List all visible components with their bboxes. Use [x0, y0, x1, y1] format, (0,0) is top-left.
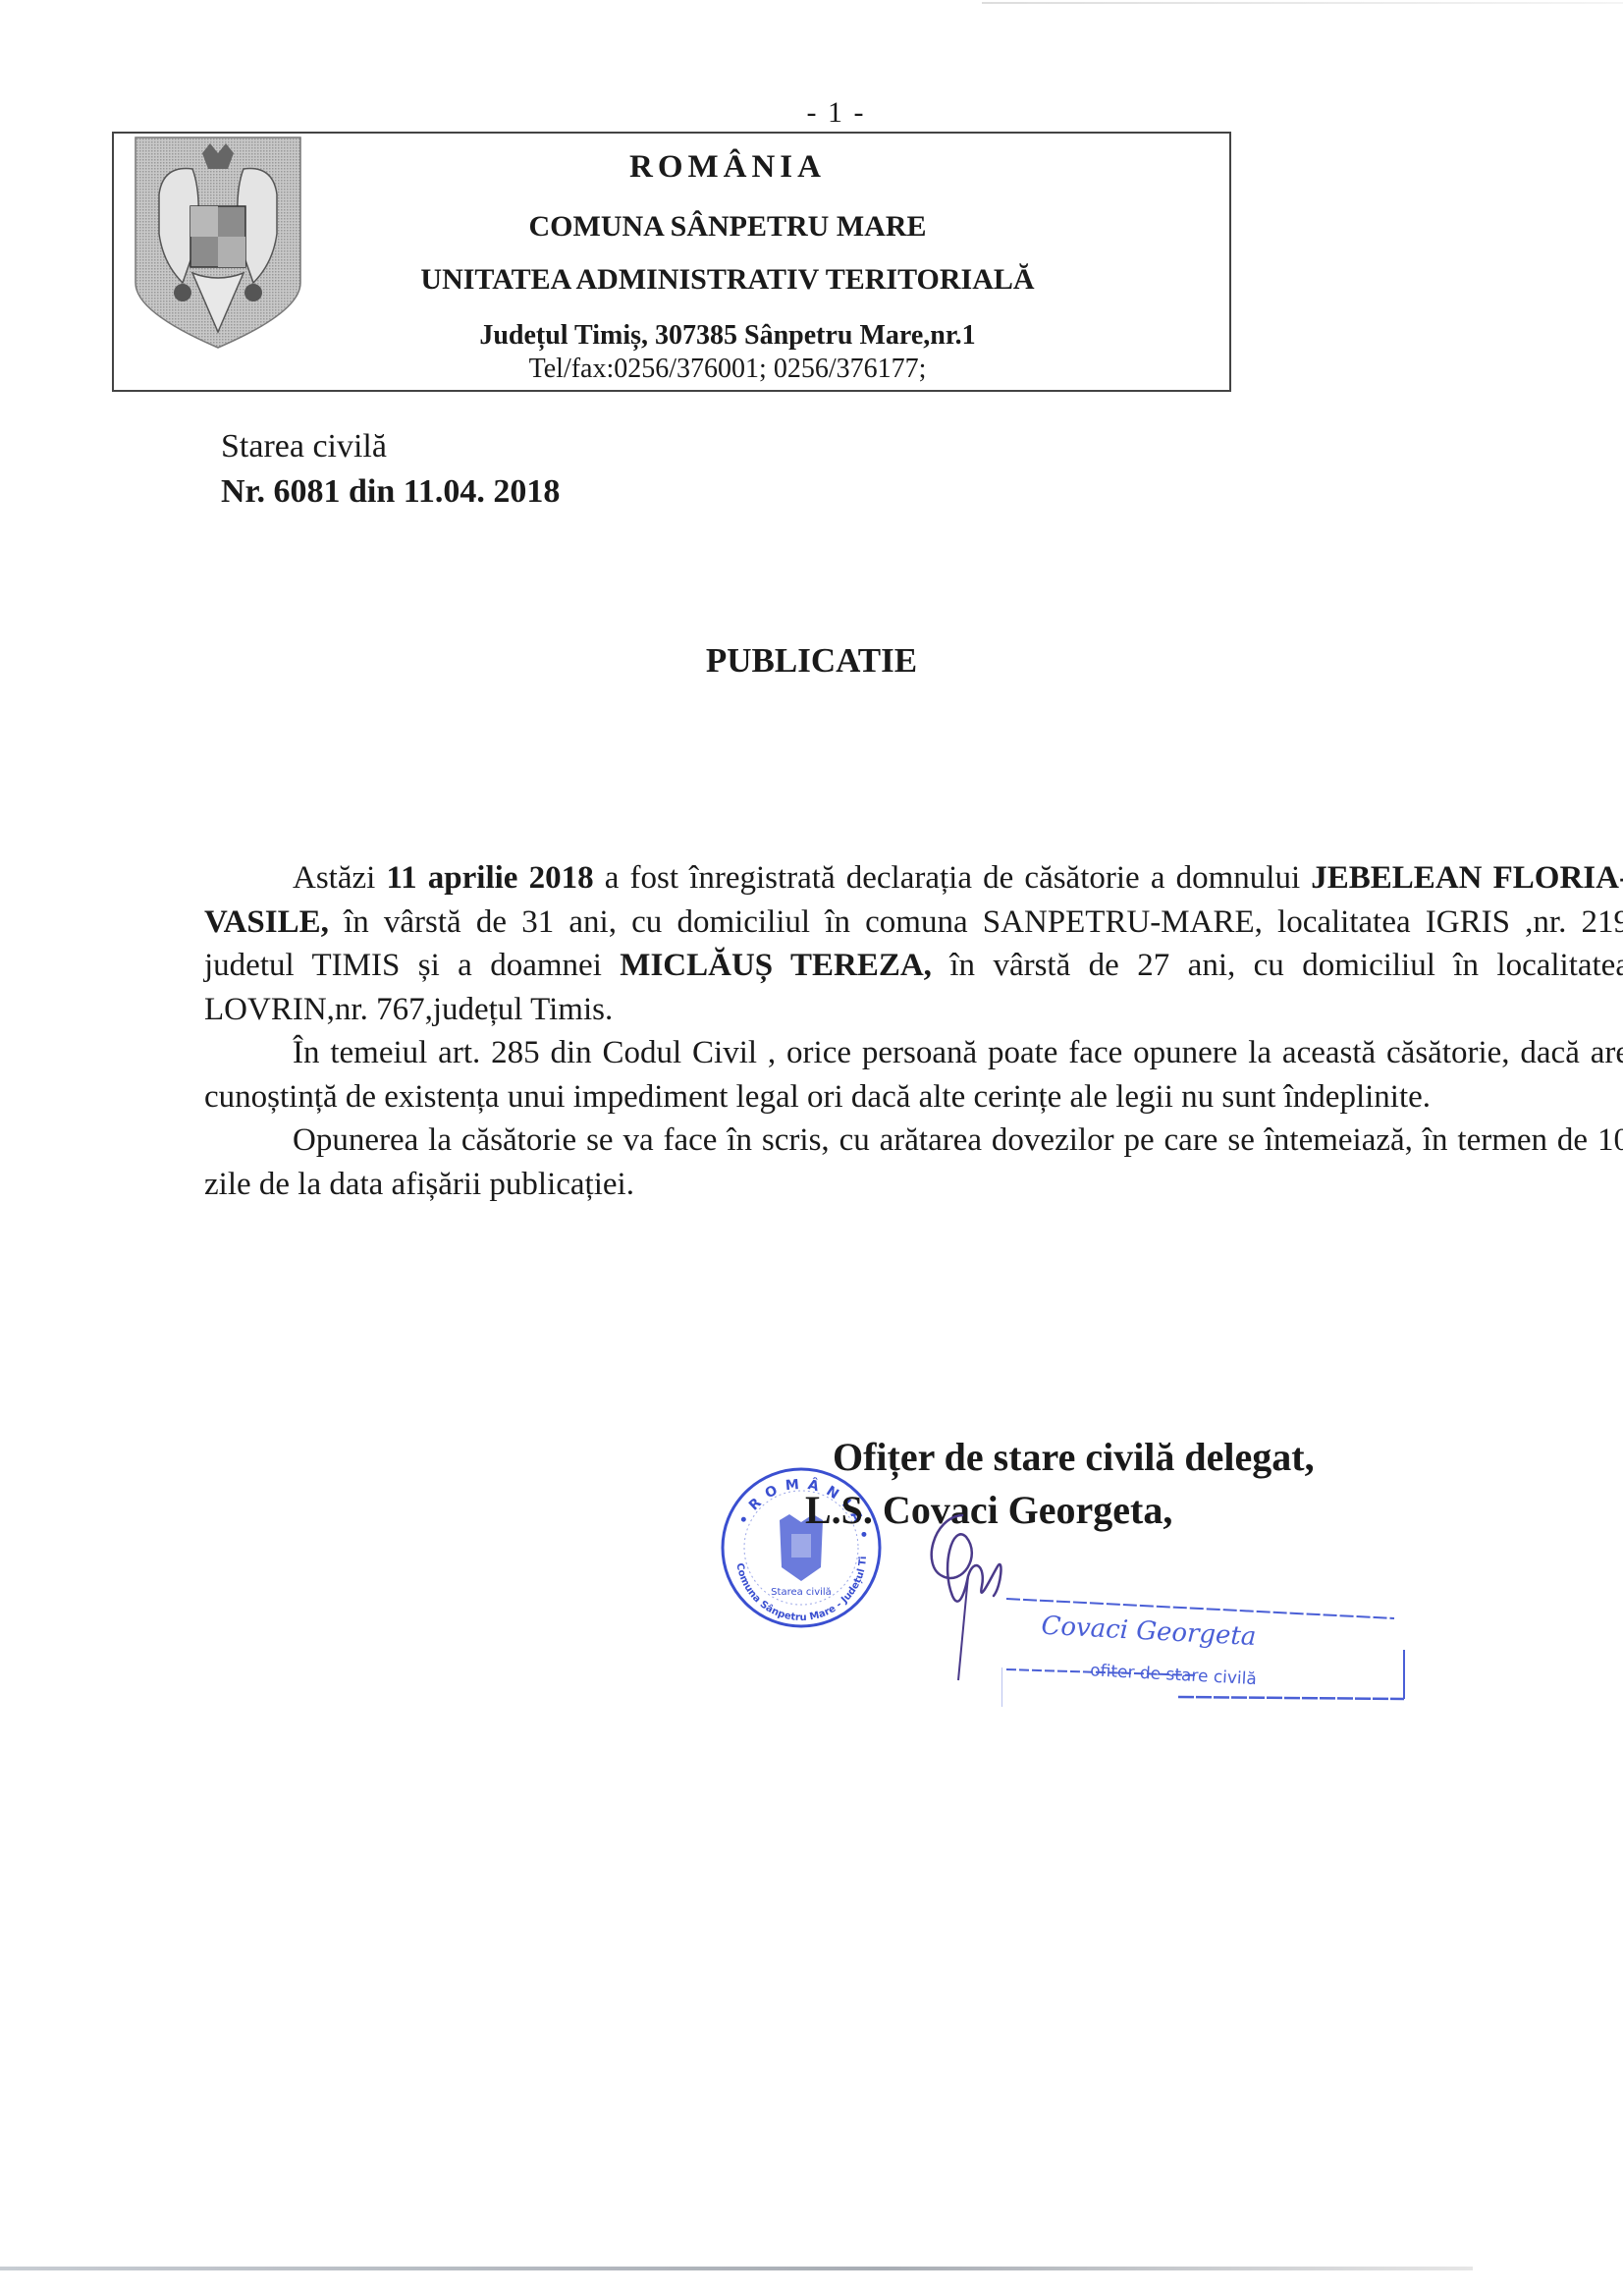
paragraph-legal-basis: În temeiul art. 285 din Codul Civil , or…: [204, 1031, 1623, 1119]
document-body: Astăzi 11 aprilie 2018 a fost înregistra…: [204, 856, 1623, 1206]
document-title: PUBLICATIE: [0, 641, 1623, 681]
svg-text:Covaci Georgeta: Covaci Georgeta: [1041, 1612, 1257, 1652]
header-country: ROMÂNIA: [114, 149, 1233, 186]
header-phone: Tel/fax:0256/376001; 0256/376177;: [114, 354, 1233, 385]
scan-artifact-bottom: [0, 2267, 1473, 2270]
name-stamp-icon: Covaci Georgeta ofiter de stare civilă: [1001, 1591, 1414, 1709]
text-intro: Astăzi: [293, 860, 386, 896]
svg-text:ofiter de stare civilă: ofiter de stare civilă: [1090, 1661, 1258, 1689]
header-unit: UNITATEA ADMINISTRATIV TERITORIALĂ: [114, 263, 1233, 297]
header-address: Județul Timiș, 307385 Sânpetru Mare,nr.1: [114, 320, 1233, 352]
officer-title: Ofițer de stare civilă delegat,: [833, 1434, 1315, 1480]
text-part1: a fost înregistrată declarația de căsăto…: [594, 860, 1312, 896]
department-label: Starea civilă: [221, 428, 387, 465]
letterhead: ROMÂNIA COMUNA SÂNPETRU MARE UNITATEA AD…: [112, 132, 1231, 392]
registration-number: Nr. 6081 din 11.04. 2018: [221, 473, 560, 511]
page-number: - 1 -: [0, 96, 1623, 130]
declaration-date: 11 aprilie 2018: [386, 860, 593, 896]
scan-artifact-top: [982, 2, 1623, 4]
svg-text:Starea civilă: Starea civilă: [771, 1587, 832, 1598]
paragraph-opposition: Opunerea la căsătorie se va face în scri…: [204, 1119, 1623, 1206]
header-commune: COMUNA SÂNPETRU MARE: [114, 210, 1233, 244]
bride-name: MICLĂUȘ TEREZA,: [620, 948, 932, 983]
paragraph-declaration: Astăzi 11 aprilie 2018 a fost înregistra…: [204, 856, 1623, 1031]
